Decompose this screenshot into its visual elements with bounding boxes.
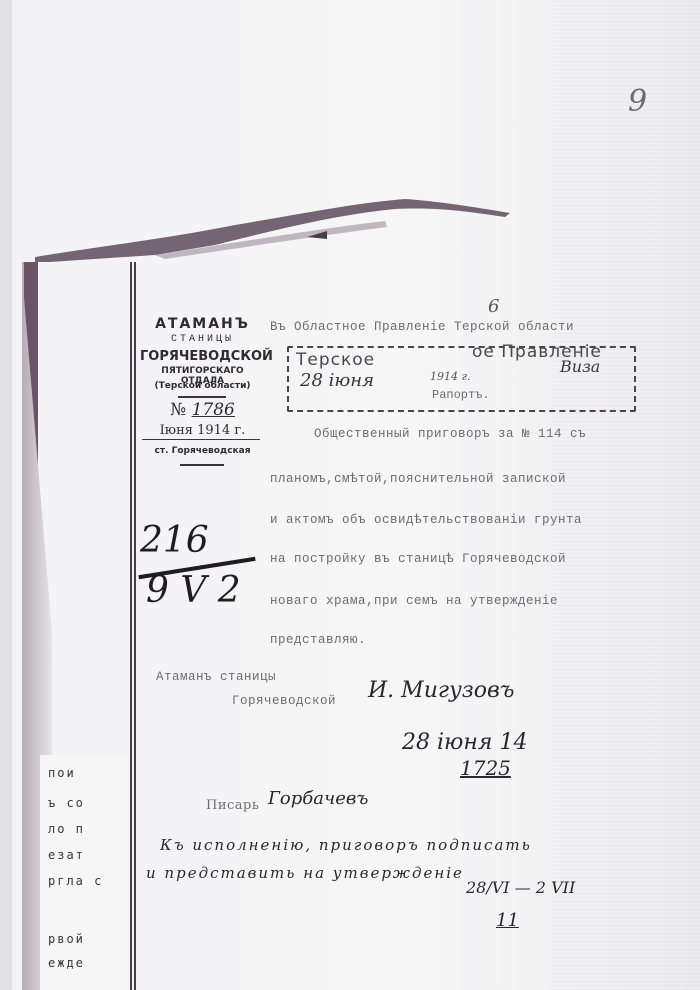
stamp-place: ст. Горячеводская bbox=[140, 446, 265, 456]
registry-number-top: 216 bbox=[140, 520, 209, 561]
received-signature: Виза bbox=[560, 357, 600, 376]
torn-paper-shadow bbox=[35, 195, 515, 265]
fragment-text: ргла с bbox=[48, 874, 103, 888]
signature-date: 28 іюня 14 bbox=[402, 730, 527, 755]
stamp-number: № 1786 bbox=[140, 400, 265, 420]
signatory-title: Атаманъ станицы bbox=[156, 670, 276, 684]
fragment-text: ло п bbox=[48, 822, 85, 836]
stamp-rule bbox=[142, 439, 260, 440]
received-year: 1914 г. bbox=[430, 370, 471, 383]
stamp-stanitsy: СТАНИЦЫ bbox=[140, 334, 265, 345]
document-type: Рапортъ. bbox=[432, 388, 490, 402]
registry-number-bottom: 9 V 2 bbox=[146, 570, 241, 611]
fragment-text: пои bbox=[48, 766, 76, 780]
body-line: и актомъ объ освидѣтельствованіи грунта bbox=[270, 513, 582, 527]
fragment-text: езат bbox=[48, 848, 85, 862]
stamp-date: Іюня 1914 г. bbox=[140, 423, 265, 438]
sheet-number: 6 bbox=[488, 296, 499, 317]
number-label: № bbox=[170, 400, 186, 420]
body-line: новаго храма,при семъ на утвержденіе bbox=[270, 594, 558, 608]
fragment-text: рвой bbox=[48, 932, 85, 946]
stamp-ataman: АТАМАНЪ bbox=[140, 316, 265, 332]
clerk-label: Писарь bbox=[206, 798, 259, 813]
body-line: планомъ,смѣтой,пояснительной запиской bbox=[270, 472, 566, 486]
body-line: Общественный приговоръ за № 114 съ bbox=[314, 427, 586, 441]
date-year: 1914 г. bbox=[197, 423, 245, 438]
stamp-station-name: ГОРЯЧЕВОДСКОЙ bbox=[140, 349, 265, 364]
resolution-line: Къ исполненію, приговоръ подписать bbox=[160, 836, 532, 854]
fragment-text: ежде bbox=[48, 956, 85, 970]
resolution-date: 28/VI — 2 VII bbox=[466, 878, 575, 897]
sheet-edge bbox=[130, 262, 132, 990]
date-month: Іюня bbox=[160, 423, 193, 438]
fragment-text: ъ со bbox=[48, 796, 85, 810]
stamp-rule bbox=[178, 396, 226, 398]
resolution-number: 11 bbox=[496, 910, 519, 931]
outgoing-number: 1725 bbox=[460, 756, 511, 780]
received-date: 28 іюня bbox=[300, 370, 374, 391]
received-stamp-left: Терское bbox=[296, 350, 375, 370]
scan-grain bbox=[550, 0, 700, 990]
body-line: представляю. bbox=[270, 633, 366, 647]
number-value: 1786 bbox=[192, 400, 235, 420]
clerk-signature: Горбачевъ bbox=[268, 788, 368, 809]
stamp-region: (Терской области) bbox=[140, 381, 265, 391]
resolution-line: и представить на утвержденіе bbox=[146, 864, 464, 882]
address-line: Въ Областное Правленіе Терской области bbox=[270, 320, 574, 334]
body-line: на постройку въ станицѣ Горячеводской bbox=[270, 552, 566, 566]
page-number: 9 bbox=[628, 84, 647, 119]
underlying-sheet bbox=[40, 755, 128, 990]
ataman-signature: И. Мигузовъ bbox=[368, 678, 514, 703]
stamp-rule bbox=[180, 464, 224, 466]
signatory-station: Горячеводской bbox=[232, 694, 336, 708]
